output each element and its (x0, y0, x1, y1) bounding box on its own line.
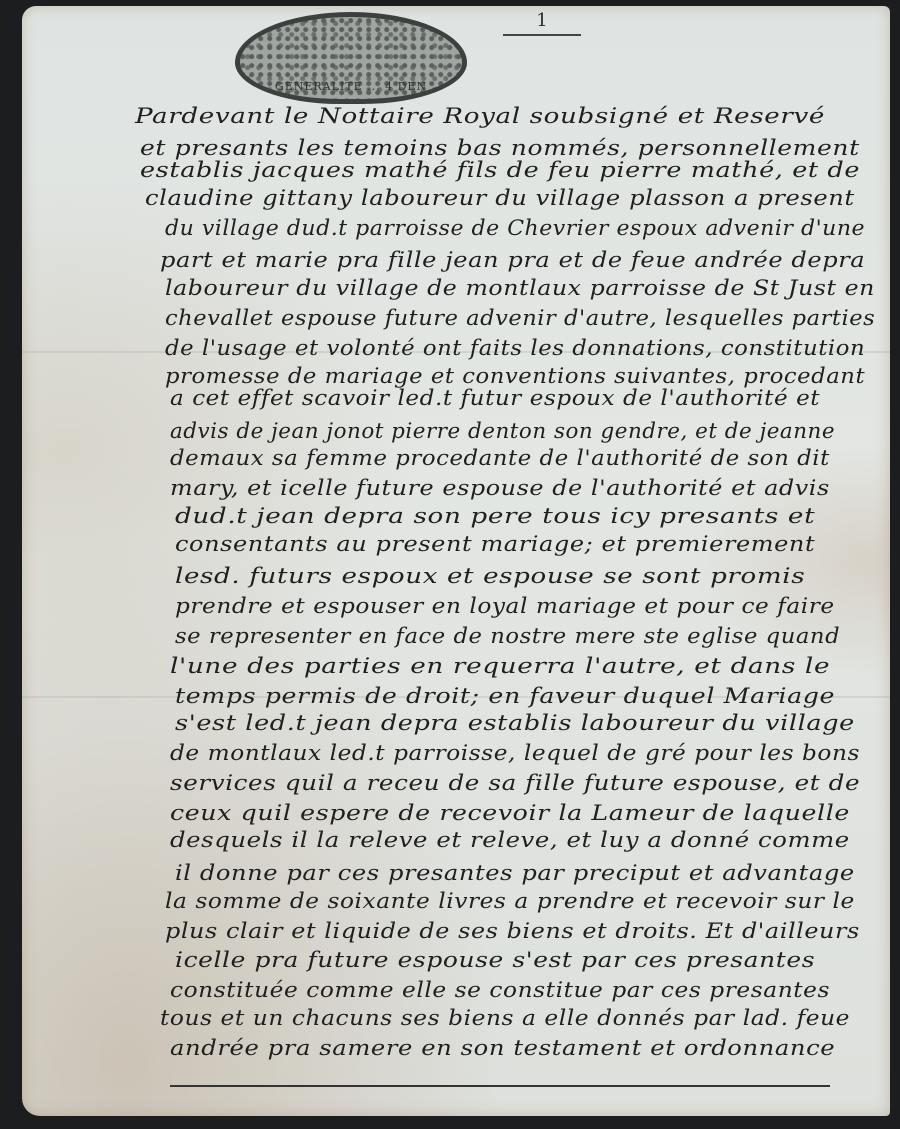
manuscript-line: andrée pra samere en son testament et or… (170, 1036, 835, 1060)
manuscript-line: de l'usage et volonté ont faits les donn… (165, 336, 865, 360)
manuscript-line: services quil a receu de sa fille future… (170, 771, 860, 795)
manuscript-line: part et marie pra fille jean pra et de f… (160, 248, 865, 272)
manuscript-line: ceux quil espere de recevoir la Lameur d… (170, 801, 850, 825)
manuscript-line: icelle pra future espouse s'est par ces … (175, 948, 815, 972)
tax-stamp: GENERALITE ... 4 DEN (235, 12, 467, 104)
manuscript-line: la somme de soixante livres a prendre et… (165, 889, 855, 913)
manuscript-line: dud.t jean depra son pere tous icy presa… (175, 504, 815, 528)
page-number: 1 (503, 14, 581, 36)
manuscript-line: claudine gittany laboureur du village pl… (145, 186, 855, 210)
manuscript-line: s'est led.t jean depra establis laboureu… (175, 711, 855, 735)
manuscript-line: de montlaux led.t parroisse, lequel de g… (170, 741, 860, 765)
manuscript-line: lesd. futurs espoux et espouse se sont p… (175, 564, 805, 588)
manuscript-line: constituée comme elle se constitue par c… (170, 978, 830, 1002)
manuscript-line: a cet effet scavoir led.t futur espoux d… (170, 386, 820, 410)
manuscript-line: se representer en face de nostre mere st… (175, 624, 840, 648)
manuscript-line: tous et un chacuns ses biens a elle donn… (160, 1006, 850, 1030)
manuscript-line: demaux sa femme procedante de l'authorit… (170, 446, 830, 470)
manuscript-line: promesse de mariage et conventions suiva… (165, 364, 865, 388)
manuscript-line: consentants au present mariage; et premi… (175, 532, 815, 556)
manuscript-line: prendre et espouser en loyal mariage et … (175, 594, 835, 618)
manuscript-line: advis de jean jonot pierre denton son ge… (170, 419, 835, 443)
manuscript-line: chevallet espouse future advenir d'autre… (165, 306, 875, 330)
stamp-text: GENERALITE ... 4 DEN (275, 80, 427, 99)
closing-flourish (170, 1085, 830, 1087)
manuscript-line: establis jacques mathé fils de feu pierr… (140, 158, 860, 182)
manuscript-line: du village dud.t parroisse de Chevrier e… (165, 216, 865, 240)
manuscript-line: et presants les temoins bas nommés, pers… (140, 136, 860, 160)
manuscript-line: laboureur du village de montlaux parrois… (165, 276, 875, 300)
manuscript-line: il donne par ces presantes par preciput … (175, 861, 855, 885)
manuscript-line: plus clair et liquide de ses biens et dr… (165, 919, 860, 943)
manuscript-line: Pardevant le Nottaire Royal soubsigné et… (135, 104, 825, 128)
manuscript-line: desquels il la releve et releve, et luy … (170, 828, 850, 852)
manuscript-line: l'une des parties en requerra l'autre, e… (170, 654, 830, 678)
manuscript-line: temps permis de droit; en faveur duquel … (175, 684, 835, 708)
manuscript-line: mary, et icelle future espouse de l'auth… (170, 476, 830, 500)
